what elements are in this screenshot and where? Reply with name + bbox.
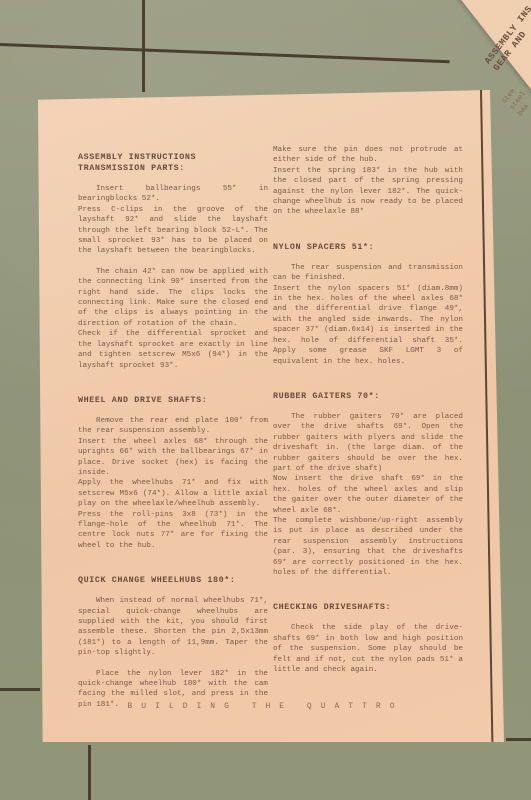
- section-transmission-parts: ASSEMBLY INSTRUCTIONS TRANSMISSION PARTS…: [78, 152, 268, 371]
- paragraph: The complete wishbone/up-right assembly …: [273, 516, 463, 578]
- tile-grout-line: [142, 0, 145, 92]
- section-checking-driveshafts: CHECKING DRIVESHAFTS: Check the side pla…: [273, 602, 463, 675]
- paragraph: Insert the wheel axles 68* through the u…: [78, 437, 268, 479]
- paragraph: Press the roll-pins 3x8 (73*) in the fla…: [78, 510, 268, 552]
- section-heading: QUICK CHANGE WHEELHUBS 180*:: [78, 575, 268, 586]
- paragraph: Check the side play of the drive-shafts …: [273, 623, 463, 675]
- section-heading: NYLON SPACERS 51*:: [273, 242, 463, 253]
- paragraph: The chain 42* can now be applied with th…: [78, 267, 268, 329]
- page-footer: BUILDING THE QUATTRO: [0, 702, 531, 711]
- section-heading: WHEEL AND DRIVE SHAFTS:: [78, 395, 268, 406]
- paragraph: Check if the differential sprocket and t…: [78, 329, 268, 371]
- paragraph: The rear suspension and transmission can…: [273, 263, 463, 284]
- section-heading: ASSEMBLY INSTRUCTIONS: [78, 152, 268, 163]
- section-quick-change-continued: Make sure the pin does not protrude at e…: [273, 145, 463, 218]
- right-column: Make sure the pin does not protrude at e…: [273, 145, 463, 675]
- section-heading: CHECKING DRIVESHAFTS:: [273, 602, 463, 613]
- paragraph: Now insert the drive shaft 69* in the he…: [273, 474, 463, 516]
- paragraph: Make sure the pin does not protrude at e…: [273, 145, 463, 166]
- tile-grout-line: [0, 688, 40, 691]
- paragraph: Remove the rear end plate 100* from the …: [78, 416, 268, 437]
- paragraph: When instead of normal wheelhubs 71*, sp…: [78, 596, 268, 658]
- tile-grout-line: [506, 738, 531, 741]
- left-column: ASSEMBLY INSTRUCTIONS TRANSMISSION PARTS…: [78, 152, 268, 710]
- paragraph: Insert the spring 183* in the hub with t…: [273, 166, 463, 218]
- paragraph: Press C-clips in the groove of the laysh…: [78, 205, 268, 257]
- section-rubber-gaiters: RUBBER GAITERS 70*: The rubber gaiters 7…: [273, 391, 463, 579]
- paragraph: Insert the nylon spacers 51* (diam.8mm) …: [273, 284, 463, 367]
- section-heading: TRANSMISSION PARTS:: [78, 163, 268, 174]
- paragraph: Apply the wheelhubs 71* and fix with set…: [78, 478, 268, 509]
- paragraph: Insert ballbearings 55* in bearingblocks…: [78, 184, 268, 205]
- paragraph: The rubber gaiters 70* are placed over t…: [273, 412, 463, 474]
- section-nylon-spacers: NYLON SPACERS 51*: The rear suspension a…: [273, 242, 463, 367]
- section-heading: RUBBER GAITERS 70*:: [273, 391, 463, 402]
- section-quick-change-wheelhubs: QUICK CHANGE WHEELHUBS 180*: When instea…: [78, 575, 268, 710]
- section-wheel-drive-shafts: WHEEL AND DRIVE SHAFTS: Remove the rear …: [78, 395, 268, 551]
- tile-grout-line: [88, 745, 91, 800]
